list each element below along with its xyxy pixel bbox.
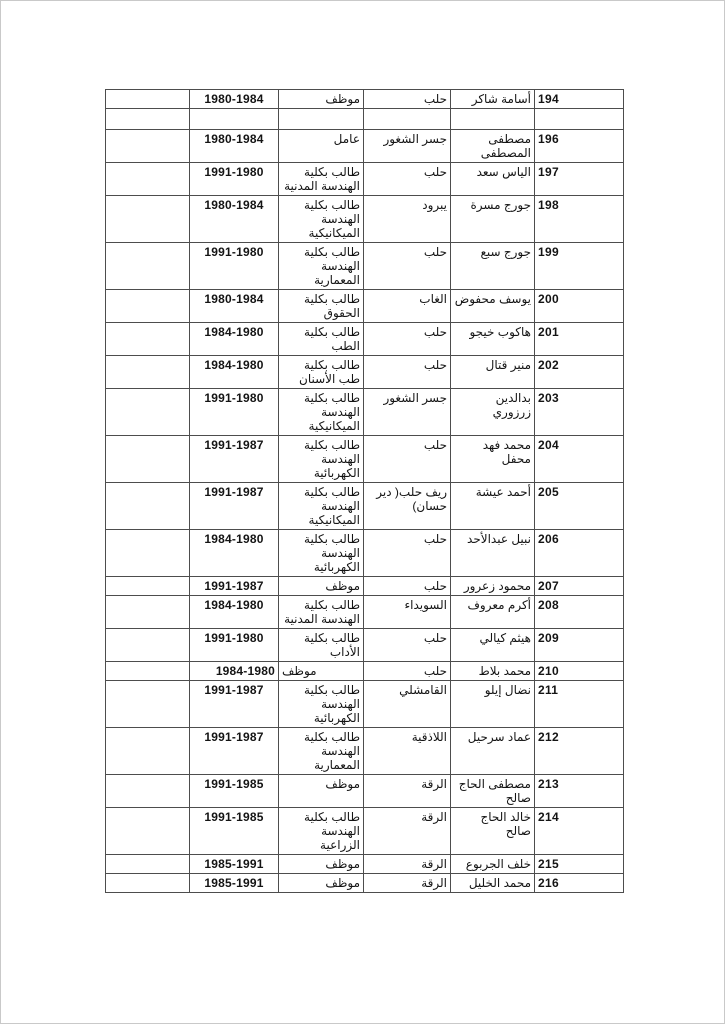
cell-city: حلب bbox=[364, 90, 451, 109]
table-row-205: 205أحمد عيشةريف حلب( دير حسان)طالب بكلية… bbox=[106, 483, 624, 530]
cell-years: 1991-1987 bbox=[190, 681, 279, 728]
cell-city: القامشلي bbox=[364, 681, 451, 728]
cell-name: محمد بلاط bbox=[451, 662, 535, 681]
cell-number: 211 bbox=[535, 681, 624, 728]
cell-occupation: طالب بكلية الهندسة الميكانيكية bbox=[279, 389, 364, 436]
cell-years: 1984-1980 bbox=[190, 323, 279, 356]
cell-blank bbox=[106, 90, 190, 109]
cell-blank bbox=[106, 808, 190, 855]
cell-occupation: طالب بكلية الهندسة المدنية bbox=[279, 163, 364, 196]
cell-city: الرقة bbox=[364, 775, 451, 808]
cell-city: ريف حلب( دير حسان) bbox=[364, 483, 451, 530]
cell-occupation: موظف bbox=[279, 874, 364, 893]
table-row-210: 210محمد بلاطحلبموظف1984-1980 bbox=[106, 662, 624, 681]
table-row-207: 207محمود زعرورحلبموظف1991-1987 bbox=[106, 577, 624, 596]
cell-years: 1980-1984 bbox=[190, 90, 279, 109]
cell-name: الياس سعد bbox=[451, 163, 535, 196]
cell-name: محمد فهد محفل bbox=[451, 436, 535, 483]
cell-city: حلب bbox=[364, 436, 451, 483]
cell-occupation: طالب بكلية الحقوق bbox=[279, 290, 364, 323]
table-row-202: 202منير قتالحلبطالب بكلية طب الأسنان1984… bbox=[106, 356, 624, 389]
cell-number: 200 bbox=[535, 290, 624, 323]
cell-blank bbox=[106, 323, 190, 356]
cell-number: 210 bbox=[535, 662, 624, 681]
cell-number: 194 bbox=[535, 90, 624, 109]
cell-city: حلب bbox=[364, 629, 451, 662]
cell-years: 1991-1980 bbox=[190, 163, 279, 196]
cell-occupation: طالب بكلية الهندسة المدنية bbox=[279, 596, 364, 629]
cell-number: 201 bbox=[535, 323, 624, 356]
cell-city: الرقة bbox=[364, 808, 451, 855]
records-table: 194أسامة شاكرحلبموظف1980-1984196مصطفى ال… bbox=[105, 89, 624, 893]
cell-blank bbox=[106, 596, 190, 629]
table-row-203: 203بدالدين زرزوريجسر الشغورطالب بكلية ال… bbox=[106, 389, 624, 436]
cell-city: حلب bbox=[364, 662, 451, 681]
cell-name: محمود زعرور bbox=[451, 577, 535, 596]
cell-occupation: موظف bbox=[279, 662, 364, 681]
cell-name: أسامة شاكر bbox=[451, 90, 535, 109]
cell-blank bbox=[106, 629, 190, 662]
cell-name: بدالدين زرزوري bbox=[451, 389, 535, 436]
cell-blank bbox=[106, 109, 190, 130]
table-row-206: 206نبيل عبدالأحدحلبطالب بكلية الهندسة ال… bbox=[106, 530, 624, 577]
table-row-216: 216محمد الخليلالرقةموظف1985-1991 bbox=[106, 874, 624, 893]
table-body: 194أسامة شاكرحلبموظف1980-1984196مصطفى ال… bbox=[106, 90, 624, 893]
table-row-212: 212عماد سرحيلاللاذقيةطالب بكلية الهندسة … bbox=[106, 728, 624, 775]
cell-occupation: طالب بكلية الهندسة المعمارية bbox=[279, 243, 364, 290]
cell-name: نضال إيلو bbox=[451, 681, 535, 728]
cell-occupation: موظف bbox=[279, 90, 364, 109]
cell-occupation: طالب بكلية الهندسة الكهربائية bbox=[279, 436, 364, 483]
document-page: 194أسامة شاكرحلبموظف1980-1984196مصطفى ال… bbox=[0, 0, 725, 1024]
cell-city: حلب bbox=[364, 323, 451, 356]
cell-blank bbox=[106, 855, 190, 874]
cell-number: 212 bbox=[535, 728, 624, 775]
cell-years: 1991-1987 bbox=[190, 577, 279, 596]
cell-name: يوسف محفوض bbox=[451, 290, 535, 323]
cell-name: خالد الحاج صالح bbox=[451, 808, 535, 855]
table-row-201: 201هاكوب خيجوحلبطالب بكلية الطب1984-1980 bbox=[106, 323, 624, 356]
cell-occupation: طالب بكلية الهندسة الميكانيكية bbox=[279, 483, 364, 530]
cell-city: حلب bbox=[364, 243, 451, 290]
table-row-211: 211نضال إيلوالقامشليطالب بكلية الهندسة ا… bbox=[106, 681, 624, 728]
cell-name: هيثم كيالي bbox=[451, 629, 535, 662]
cell-years: 1991-1985 bbox=[190, 775, 279, 808]
cell-name: نبيل عبدالأحد bbox=[451, 530, 535, 577]
table-row-200: 200يوسف محفوضالغابطالب بكلية الحقوق1980-… bbox=[106, 290, 624, 323]
cell-blank bbox=[106, 130, 190, 163]
cell-years: 1985-1991 bbox=[190, 874, 279, 893]
cell-number: 216 bbox=[535, 874, 624, 893]
cell-occupation bbox=[279, 109, 364, 130]
cell-years: 1980-1984 bbox=[190, 196, 279, 243]
cell-blank bbox=[106, 196, 190, 243]
cell-occupation: طالب بكلية الهندسة الزراعية bbox=[279, 808, 364, 855]
cell-number bbox=[535, 109, 624, 130]
cell-years: 1991-1980 bbox=[190, 389, 279, 436]
cell-blank bbox=[106, 436, 190, 483]
cell-name: مصطفى الحاج صالح bbox=[451, 775, 535, 808]
cell-name: محمد الخليل bbox=[451, 874, 535, 893]
cell-blank bbox=[106, 874, 190, 893]
cell-number: 204 bbox=[535, 436, 624, 483]
cell-city: حلب bbox=[364, 530, 451, 577]
cell-number: 213 bbox=[535, 775, 624, 808]
cell-years: 1980-1984 bbox=[190, 290, 279, 323]
cell-name: أحمد عيشة bbox=[451, 483, 535, 530]
cell-name: عماد سرحيل bbox=[451, 728, 535, 775]
cell-years: 1991-1985 bbox=[190, 808, 279, 855]
cell-number: 203 bbox=[535, 389, 624, 436]
cell-name: خلف الجربوع bbox=[451, 855, 535, 874]
cell-blank bbox=[106, 662, 190, 681]
cell-city: اللاذقية bbox=[364, 728, 451, 775]
table-row-204: 204محمد فهد محفلحلبطالب بكلية الهندسة ال… bbox=[106, 436, 624, 483]
cell-city: حلب bbox=[364, 163, 451, 196]
table-row-208: 208أكرم معروفالسويداءطالب بكلية الهندسة … bbox=[106, 596, 624, 629]
cell-name: جورج مسرة bbox=[451, 196, 535, 243]
cell-blank bbox=[106, 681, 190, 728]
table-row-197: 197الياس سعدحلبطالب بكلية الهندسة المدني… bbox=[106, 163, 624, 196]
table-row-198: 198جورج مسرةيبرودطالب بكلية الهندسة المي… bbox=[106, 196, 624, 243]
table-row-215: 215خلف الجربوعالرقةموظف1985-1991 bbox=[106, 855, 624, 874]
cell-blank bbox=[106, 530, 190, 577]
cell-name: منير قتال bbox=[451, 356, 535, 389]
cell-years: 1980-1984 bbox=[190, 130, 279, 163]
cell-years: 1985-1991 bbox=[190, 855, 279, 874]
cell-city: الرقة bbox=[364, 855, 451, 874]
cell-blank bbox=[106, 356, 190, 389]
cell-occupation: طالب بكلية الأداب bbox=[279, 629, 364, 662]
cell-city: جسر الشغور bbox=[364, 130, 451, 163]
cell-name: جورج سبع bbox=[451, 243, 535, 290]
cell-blank bbox=[106, 728, 190, 775]
table-row-194: 194أسامة شاكرحلبموظف1980-1984 bbox=[106, 90, 624, 109]
cell-number: 202 bbox=[535, 356, 624, 389]
cell-years: 1984-1980 bbox=[190, 596, 279, 629]
cell-years: 1991-1980 bbox=[190, 629, 279, 662]
cell-city: حلب bbox=[364, 577, 451, 596]
cell-blank bbox=[106, 243, 190, 290]
table-row-196: 196مصطفى المصطفىجسر الشغورعامل1980-1984 bbox=[106, 130, 624, 163]
cell-city: الغاب bbox=[364, 290, 451, 323]
cell-blank bbox=[106, 290, 190, 323]
cell-blank bbox=[106, 163, 190, 196]
cell-city: يبرود bbox=[364, 196, 451, 243]
cell-years bbox=[190, 109, 279, 130]
cell-occupation: طالب بكلية الهندسة الكهربائية bbox=[279, 681, 364, 728]
cell-city: حلب bbox=[364, 356, 451, 389]
cell-number: 209 bbox=[535, 629, 624, 662]
cell-name: أكرم معروف bbox=[451, 596, 535, 629]
cell-years: 1991-1987 bbox=[190, 436, 279, 483]
cell-occupation: موظف bbox=[279, 577, 364, 596]
cell-years: 1991-1987 bbox=[190, 728, 279, 775]
cell-number: 206 bbox=[535, 530, 624, 577]
cell-blank bbox=[106, 483, 190, 530]
table-row-213: 213مصطفى الحاج صالحالرقةموظف1991-1985 bbox=[106, 775, 624, 808]
cell-years: 1991-1980 bbox=[190, 243, 279, 290]
cell-years: 1991-1987 bbox=[190, 483, 279, 530]
cell-number: 207 bbox=[535, 577, 624, 596]
cell-blank bbox=[106, 577, 190, 596]
cell-occupation: طالب بكلية الهندسة المعمارية bbox=[279, 728, 364, 775]
cell-city: السويداء bbox=[364, 596, 451, 629]
cell-occupation: موظف bbox=[279, 855, 364, 874]
cell-years: 1984-1980 bbox=[190, 356, 279, 389]
cell-years: 1984-1980 bbox=[190, 662, 279, 681]
cell-occupation: طالب بكلية الطب bbox=[279, 323, 364, 356]
cell-name: هاكوب خيجو bbox=[451, 323, 535, 356]
cell-occupation: عامل bbox=[279, 130, 364, 163]
cell-number: 205 bbox=[535, 483, 624, 530]
cell-occupation: طالب بكلية الهندسة الميكانيكية bbox=[279, 196, 364, 243]
table-row-199: 199جورج سبعحلبطالب بكلية الهندسة المعمار… bbox=[106, 243, 624, 290]
cell-number: 199 bbox=[535, 243, 624, 290]
cell-number: 197 bbox=[535, 163, 624, 196]
cell-city bbox=[364, 109, 451, 130]
cell-number: 196 bbox=[535, 130, 624, 163]
cell-city: جسر الشغور bbox=[364, 389, 451, 436]
cell-occupation: طالب بكلية طب الأسنان bbox=[279, 356, 364, 389]
cell-name: مصطفى المصطفى bbox=[451, 130, 535, 163]
table-row-209: 209هيثم كياليحلبطالب بكلية الأداب1991-19… bbox=[106, 629, 624, 662]
cell-number: 214 bbox=[535, 808, 624, 855]
cell-number: 208 bbox=[535, 596, 624, 629]
cell-occupation: موظف bbox=[279, 775, 364, 808]
table-row-empty bbox=[106, 109, 624, 130]
cell-city: الرقة bbox=[364, 874, 451, 893]
table-row-214: 214خالد الحاج صالحالرقةطالب بكلية الهندس… bbox=[106, 808, 624, 855]
cell-occupation: طالب بكلية الهندسة الكهربائية bbox=[279, 530, 364, 577]
cell-blank bbox=[106, 389, 190, 436]
cell-blank bbox=[106, 775, 190, 808]
cell-number: 198 bbox=[535, 196, 624, 243]
cell-name bbox=[451, 109, 535, 130]
cell-years: 1984-1980 bbox=[190, 530, 279, 577]
cell-number: 215 bbox=[535, 855, 624, 874]
